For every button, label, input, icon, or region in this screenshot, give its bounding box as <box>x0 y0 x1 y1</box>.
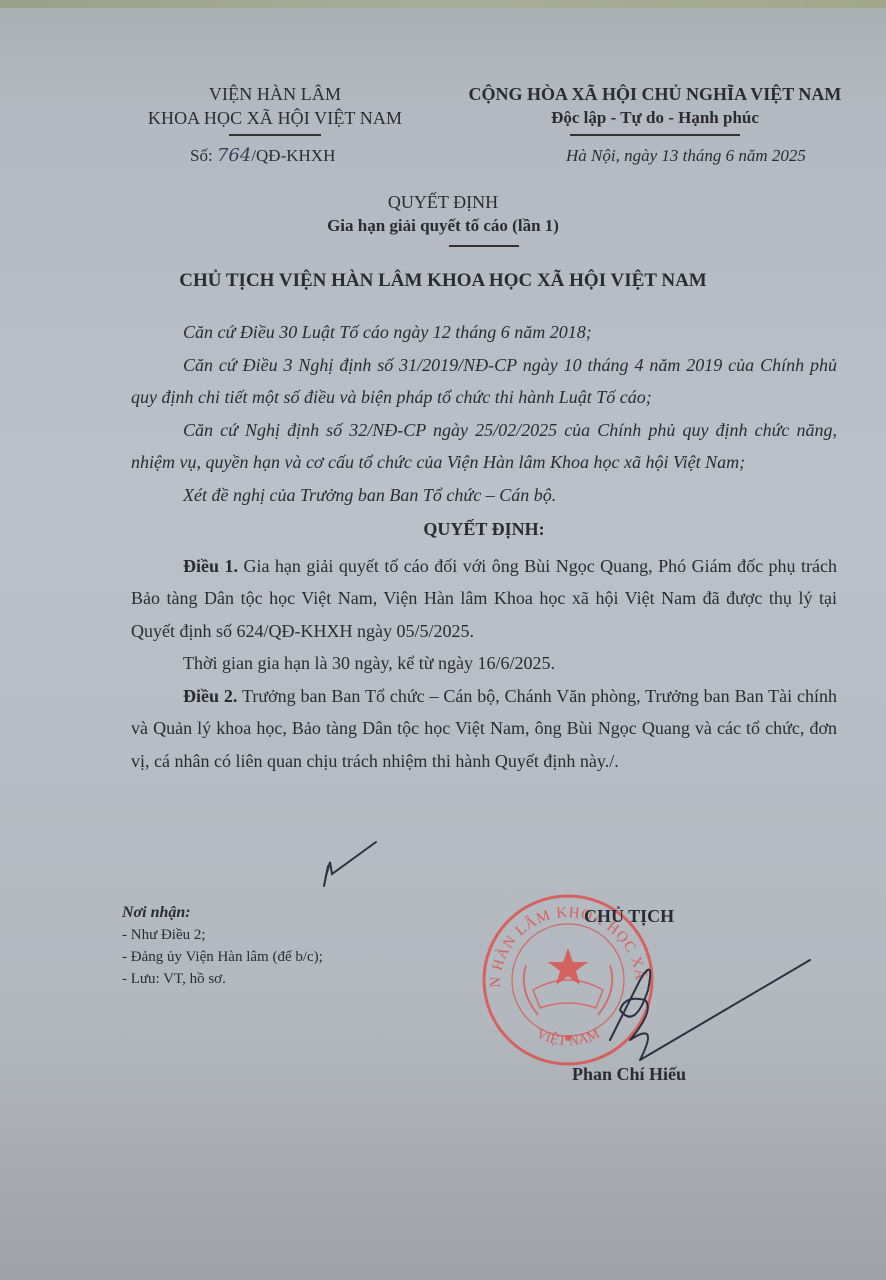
article-text: Thời gian gia hạn là 30 ngày, kể từ ngày… <box>183 653 555 673</box>
preamble-item: Căn cứ Nghị định số 32/NĐ-CP ngày 25/02/… <box>131 414 837 479</box>
recipient-item: - Như Điều 2; <box>122 924 323 946</box>
number-prefix: Số: <box>190 146 217 165</box>
issuing-agency: VIỆN HÀN LÂM KHOA HỌC XÃ HỘI VIỆT NAM <box>120 82 430 136</box>
article-label: Điều 2. <box>183 686 237 706</box>
document-subject: Gia hạn giải quyết tố cáo (lần 1) <box>0 216 886 236</box>
article-2: Điều 2. Trưởng ban Ban Tổ chức – Cán bộ,… <box>131 680 837 778</box>
article-label: Điều 1. <box>183 556 238 576</box>
national-header: CỘNG HÒA XÃ HỘI CHỦ NGHĨA VIỆT NAM Độc l… <box>440 82 870 136</box>
recipient-item: - Lưu: VT, hồ sơ. <box>122 968 323 990</box>
article-1: Điều 1. Gia hạn giải quyết tố cáo đối vớ… <box>131 550 837 648</box>
article-1-duration: Thời gian gia hạn là 30 ngày, kể từ ngày… <box>131 647 837 680</box>
decision-heading: QUYẾT ĐỊNH: <box>131 513 837 546</box>
preamble-item: Căn cứ Điều 3 Nghị định số 31/2019/NĐ-CP… <box>131 349 837 414</box>
article-text: Trưởng ban Ban Tổ chức – Cán bộ, Chánh V… <box>131 686 837 771</box>
signer-name: Phan Chí Hiếu <box>572 1064 686 1085</box>
subject-underline <box>449 245 519 247</box>
recipient-item: - Đảng ủy Viện Hàn lâm (để b/c); <box>122 946 323 968</box>
number-suffix: /QĐ-KHXH <box>251 146 335 165</box>
issuing-authority: CHỦ TỊCH VIỆN HÀN LÂM KHOA HỌC XÃ HỘI VI… <box>30 270 856 292</box>
nation-name: CỘNG HÒA XÃ HỘI CHỦ NGHĨA VIỆT NAM <box>440 82 870 106</box>
document-number: Số: 764/QĐ-KHXH <box>190 145 335 166</box>
agency-name-line1: VIỆN HÀN LÂM <box>120 82 430 106</box>
initials-mark <box>318 840 378 890</box>
document-type: QUYẾT ĐỊNH <box>0 192 886 213</box>
preamble-item: Căn cứ Điều 30 Luật Tố cáo ngày 12 tháng… <box>131 316 837 349</box>
recipients-block: Nơi nhận: - Như Điều 2; - Đảng ủy Viện H… <box>122 902 323 990</box>
agency-name-line2: KHOA HỌC XÃ HỘI VIỆT NAM <box>120 106 430 130</box>
motto-underline <box>570 134 740 136</box>
decision-document: VIỆN HÀN LÂM KHOA HỌC XÃ HỘI VIỆT NAM Số… <box>0 0 886 1280</box>
recipients-title: Nơi nhận: <box>122 902 323 924</box>
preamble-item: Xét đề nghị của Trưởng ban Ban Tổ chức –… <box>131 479 837 512</box>
agency-underline <box>229 134 321 136</box>
national-motto: Độc lập - Tự do - Hạnh phúc <box>440 106 870 130</box>
document-body: Căn cứ Điều 30 Luật Tố cáo ngày 12 tháng… <box>131 316 837 777</box>
number-handwritten: 764 <box>217 145 251 166</box>
signer-title: CHỦ TỊCH <box>584 906 674 927</box>
place-date: Hà Nội, ngày 13 tháng 6 năm 2025 <box>566 146 806 166</box>
